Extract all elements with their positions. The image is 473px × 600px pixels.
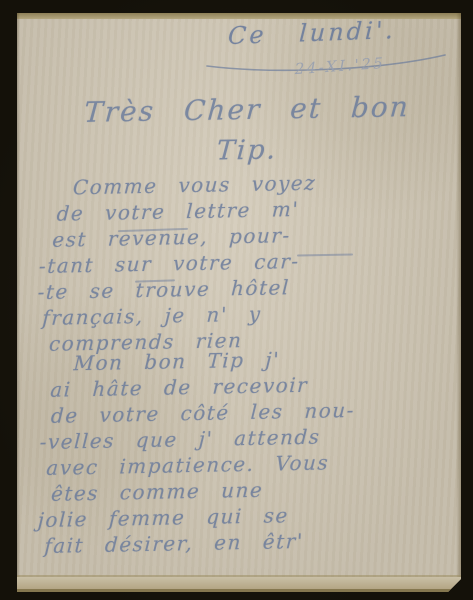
paper-left-edge-shadow	[17, 13, 20, 592]
salutation-line: Très Cher et bon	[46, 89, 448, 129]
salutation-name: Tip.	[46, 131, 448, 169]
paragraph-2: Mon bon Tip j' ai hâte de recevoir de vo…	[34, 343, 458, 559]
paper-bottom-edge-line	[17, 589, 461, 592]
dateline: Ce lundi'.	[196, 15, 427, 51]
paragraph-1: Comme vous voyez de votre lettre m' est …	[34, 167, 457, 357]
paper-right-edge-shadow	[456, 13, 461, 592]
letter-page: Ce lundi'. 24-XI.'25 Très Cher et bon Ti…	[17, 13, 461, 592]
